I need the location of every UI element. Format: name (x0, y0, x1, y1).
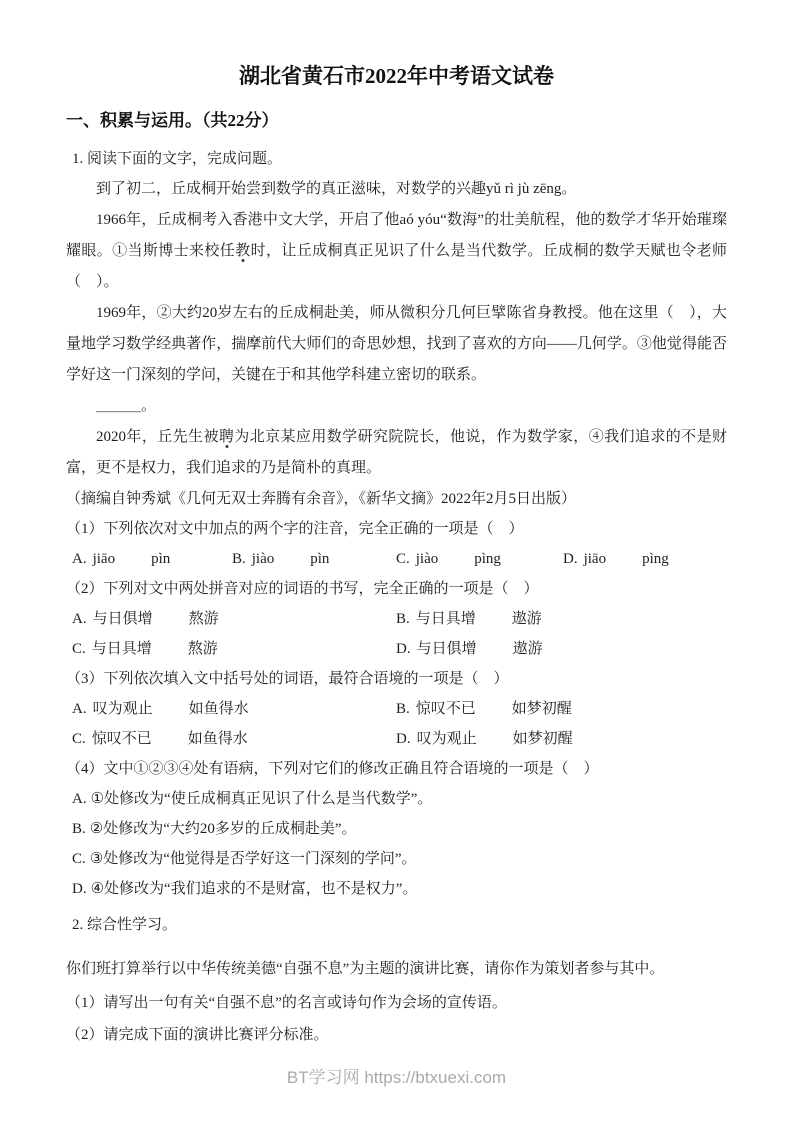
option-a: A.jiāopìn (72, 544, 232, 574)
sub-question-3-stem: （3）下列依次填入文中括号处的词语，最符合语境的一项是（ ） (66, 664, 727, 694)
option-b: B.②处修改为“大约20多岁的丘成桐赴美”。 (66, 814, 727, 844)
option-b: B.jiàopìn (232, 544, 396, 574)
passage-text: 到了初二，丘成桐开始尝到数学的真正滋味，对数学的兴趣yǔ rì jù zēng。 (96, 181, 576, 197)
section-heading: 一、积累与运用。（共22分） (66, 106, 727, 136)
question-2-item-2: （2）请完成下面的演讲比赛评分标准。 (66, 1020, 727, 1050)
sub-question-2-options-row-1: A.与日俱增熬游 B.与日具增遨游 (66, 604, 727, 634)
sub-question-2-options-row-2: C.与日具增熬游 D.与日俱增遨游 (66, 634, 727, 664)
option-a: A.叹为观止如鱼得水 (72, 694, 396, 724)
sub-question-2-stem: （2）下列对文中两处拼音对应的词语的书写，完全正确的一项是（ ） (66, 574, 727, 604)
question-2-intro: 你们班打算举行以中华传统美德“自强不息”为主题的演讲比赛，请你作为策划者参与其中… (66, 954, 727, 984)
passage-text: 2020年，丘先生被 (96, 429, 219, 445)
option-c: C.惊叹不已如鱼得水 (72, 724, 396, 754)
exam-paper-page: { "doc": { "title": "湖北省黄石市2022年中考语文试卷",… (0, 0, 793, 1122)
option-b: B.惊叹不已如梦初醒 (396, 694, 727, 724)
reading-passage: 到了初二，丘成桐开始尝到数学的真正滋味，对数学的兴趣yǔ rì jù zēng。… (66, 174, 727, 484)
passage-text: 1969年，②大约20岁左右的丘成桐赴美，师从微积分几何巨擘陈省身教授。他在这里… (66, 305, 727, 383)
page-title: 湖北省黄石市2022年中考语文试卷 (66, 60, 727, 92)
option-d: D.叹为观止如梦初醒 (396, 724, 727, 754)
passage-paragraph-3: 1969年，②大约20岁左右的丘成桐赴美，师从微积分几何巨擘陈省身教授。他在这里… (66, 298, 727, 391)
sub-question-1-options: A.jiāopìn B.jiàopìn C.jiàopìng D.jiāopìn… (66, 544, 727, 574)
sub-question-3-options-row-2: C.惊叹不已如鱼得水 D.叹为观止如梦初醒 (66, 724, 727, 754)
passage-citation: （摘编自钟秀斌《几何无双士奔腾有余音》，《新华文摘》2022年2月5日出版） (66, 484, 727, 514)
option-c: C.jiàopìng (396, 544, 563, 574)
option-d: D.jiāopìng (563, 544, 727, 574)
question-2-stem: 2. 综合性学习。 (66, 910, 727, 940)
option-d: D.④处修改为“我们追求的不是财富，也不是权力”。 (66, 874, 727, 904)
question-1-stem: 1. 阅读下面的文字，完成问题。 (66, 144, 727, 174)
passage-blank-line: ＿＿＿。 (66, 391, 727, 422)
sub-question-3-options-row-1: A.叹为观止如鱼得水 B.惊叹不已如梦初醒 (66, 694, 727, 724)
option-d: D.与日俱增遨游 (396, 634, 727, 664)
emphasized-char: 教 (235, 243, 250, 259)
passage-paragraph-2: 1966年，丘成桐考入香港中文大学，开启了他aó yóu“数海”的壮美航程，他的… (66, 205, 727, 298)
passage-paragraph-1: 到了初二，丘成桐开始尝到数学的真正滋味，对数学的兴趣yǔ rì jù zēng。 (66, 174, 727, 205)
sub-question-4-stem: （4）文中①②③④处有语病，下列对它们的修改正确且符合语境的一项是（ ） (66, 754, 727, 784)
passage-paragraph-4: 2020年，丘先生被聘为北京某应用数学研究院院长，他说，作为数学家，④我们追求的… (66, 422, 727, 484)
watermark-footer: BT学习网 https://btxuexi.com (0, 1066, 793, 1090)
emphasized-char: 聘 (219, 429, 234, 445)
option-c: C.③处修改为“他觉得是否学好这一门深刻的学问”。 (66, 844, 727, 874)
question-2-item-1: （1）请写出一句有关“自强不息”的名言或诗句作为会场的宣传语。 (66, 988, 727, 1018)
option-a: A.与日俱增熬游 (72, 604, 396, 634)
option-a: A.①处修改为“使丘成桐真正见识了什么是当代数学”。 (66, 784, 727, 814)
option-b: B.与日具增遨游 (396, 604, 727, 634)
option-c: C.与日具增熬游 (72, 634, 396, 664)
sub-question-1-stem: （1）下列依次对文中加点的两个字的注音，完全正确的一项是（ ） (66, 514, 727, 544)
